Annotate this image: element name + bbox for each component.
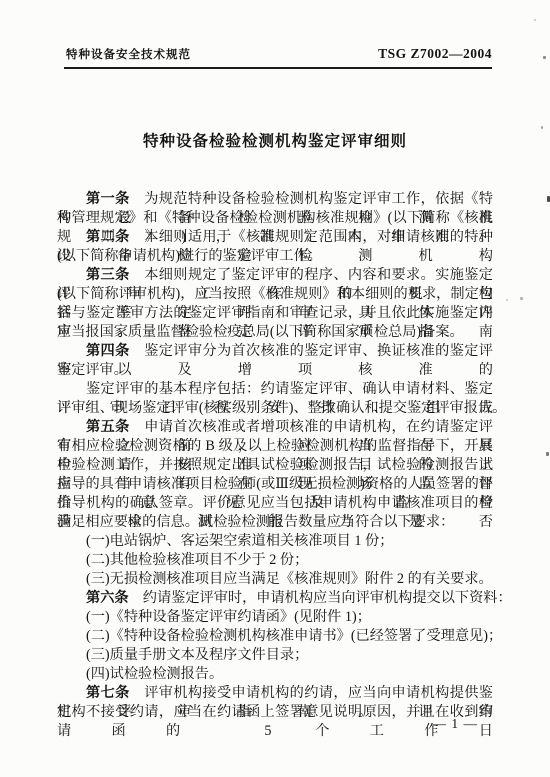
scan-artifact: [506, 299, 508, 301]
page-title: 特种设备检验检测机构鉴定评审细则: [0, 129, 550, 151]
text-line: (三)无损检测核准项目应当满足《核准规则》附件 2 的有关要求。: [57, 570, 493, 589]
text-line: 机构不接受约请，应当在约请函上签署意见说明原因，并且在收到约请函的 5 个工作日: [57, 703, 493, 722]
text-line: 第一条 为规范特种设备检验检测机构鉴定评审工作，依据《特种设备检验检测机: [57, 190, 493, 209]
text-line: 第三条 本细则规定了鉴定评审的程序、内容和要求。实施鉴定评审工作的机构: [57, 266, 493, 285]
text-line: 构管理规定》和《特种设备检验检测机构核准规则》(以下简称《核准规则》)，制定本细…: [57, 209, 493, 228]
text-line: 第六条 约请鉴定评审时，申请机构应当向评审机构提交以下资料：: [57, 589, 493, 608]
article-number: 第七条: [86, 685, 130, 701]
article-number: 第二条: [86, 229, 130, 245]
text-line: 有相应检验检测资格的 B 级及以上检验检测机构的监督指导下，开展申请核准项目的试: [57, 437, 493, 456]
text-line: 第七条 评审机构接受申请机构的约请，应当向申请机构提供鉴定评审指南。评审: [57, 684, 493, 703]
header-spec-name: 特种设备安全技术规范: [66, 46, 191, 62]
text-line: 第五条 申请首次核准或者增项核准的申请机构，在约请鉴定评审之前，应当在具: [57, 418, 493, 437]
text-line: 应当报国家质量监督检验检疫总局(以下简称国家质检总局)备案。: [57, 323, 493, 342]
text-line: 指导机构的确认签章。评价意见应当包括申请机构申请核准项目的检验检测能力是否: [57, 494, 493, 513]
page-number: — 1 —: [433, 716, 479, 732]
text-line: (三)质量手册文本及程序文件目录；: [57, 646, 493, 665]
text-line: 评审组、现场鉴定评审(核实级别条件)、整改确认和提交鉴定评审报告。: [57, 399, 493, 418]
article-number: 第三条: [86, 267, 130, 283]
text-line: 鉴定评审的基本程序包括：约请鉴定评审、确认申请材料、鉴定评审日程安排、组成: [57, 380, 493, 399]
scan-artifact: [520, 297, 523, 300]
text-line: 检验检测工作，并按照规定出具试检验检测报告，试检验检测报告上应当有在现场监督: [57, 456, 493, 475]
text-line: (一)电站锅炉、客运架空索道相关核准项目 1 份；: [57, 532, 493, 551]
article-number: 第五条: [86, 419, 130, 435]
article-number: 第四条: [86, 343, 130, 359]
scan-artifact: [546, 452, 549, 456]
document-lines: 第一条 为规范特种设备检验检测机构鉴定评审工作，依据《特种设备检验检测机构管理规…: [57, 190, 493, 722]
document-page: 特种设备安全技术规范 TSG Z7002—2004 特种设备检验检测机构鉴定评审…: [0, 0, 550, 777]
text-line: (一)《特种设备鉴定评审约请函》(见附件 1)；: [57, 608, 493, 627]
text-line: 第二条 本细则适用于《核准规则》范围内，对申请核准的特种设备检验检测机构: [57, 228, 493, 247]
text-line: (二)其他检验核准项目不少于 2 份；: [57, 551, 493, 570]
text-line: 第四条 鉴定评审分为首次核准的鉴定评审、换证核准的鉴定评审以及增项核准的: [57, 342, 493, 361]
text-line: 容与鉴定评审方法的鉴定评审指南和审查记录，并且依此实施鉴定评审。鉴定评审指南: [57, 304, 493, 323]
text-line: 指导的具有申请核准项目检验师(或Ⅲ级无损检测)资格的人员签署的评价意见及监督: [57, 475, 493, 494]
scan-artifact: [541, 126, 543, 129]
article-number: 第一条: [86, 191, 130, 207]
text-line: 满足相应要求的信息。试检验检测报告数量应当符合以下要求：: [57, 513, 493, 532]
scan-artifact: [534, 19, 536, 21]
text-line: (以下简称评审机构)，应当按照《核准规则》和本细则的要求，制定包括鉴定评审具体内: [57, 285, 493, 304]
scan-artifact: [543, 56, 546, 59]
article-number: 第六条: [86, 590, 129, 606]
text-line: (二)《特种设备检验检测机构核准申请书》(已经签署了受理意见)；: [57, 627, 493, 646]
header-rule: [64, 67, 492, 69]
header-doc-number: TSG Z7002—2004: [378, 46, 492, 62]
text-line: (四)试检验检测报告。: [57, 665, 493, 684]
running-header: 特种设备安全技术规范 TSG Z7002—2004: [66, 46, 492, 62]
